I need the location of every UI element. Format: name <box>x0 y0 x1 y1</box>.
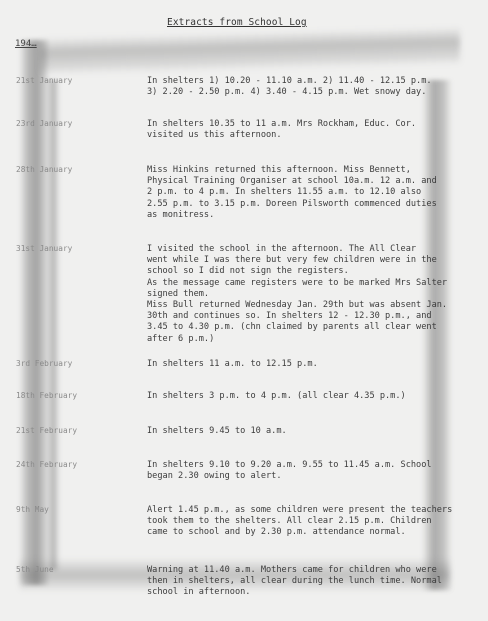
ink-smudge-left-inner <box>46 80 60 570</box>
entry-text: In shelters 9.10 to 9.20 a.m. 9.55 to 11… <box>147 460 485 482</box>
entry-text: Alert 1.45 p.m., as some children were p… <box>147 505 485 539</box>
entry-date: 21st January <box>16 76 72 85</box>
entry-date: 18th February <box>16 391 77 400</box>
entry-text: In shelters 10.35 to 11 a.m. Mrs Rockham… <box>147 119 485 141</box>
entry-text: In shelters 9.45 to 10 a.m. <box>147 426 485 437</box>
entry-date: 24th February <box>16 460 77 469</box>
entry-text: I visited the school in the afternoon. T… <box>147 244 485 345</box>
scanned-document-page: Extracts from School Log 194… 21st Janua… <box>0 0 488 621</box>
entry-date: 9th May <box>16 505 49 514</box>
ink-smudge-top <box>40 27 460 76</box>
entry-date: 28th January <box>16 165 72 174</box>
entry-date: 31st January <box>16 244 72 253</box>
document-title: Extracts from School Log <box>167 17 307 28</box>
log-year: 194… <box>15 39 37 49</box>
entry-text: In shelters 1) 10.20 - 11.10 a.m. 2) 11.… <box>147 76 485 98</box>
entry-text: In shelters 3 p.m. to 4 p.m. (all clear … <box>147 391 485 402</box>
entry-date: 23rd January <box>16 119 72 128</box>
entry-text: Warning at 11.40 a.m. Mothers came for c… <box>147 565 485 599</box>
entry-date: 21st February <box>16 426 77 435</box>
entry-date: 5th June <box>16 565 54 574</box>
entry-text: In shelters 11 a.m. to 12.15 p.m. <box>147 359 485 370</box>
entry-text: Miss Hinkins returned this afternoon. Mi… <box>147 165 485 221</box>
entry-date: 3rd February <box>16 359 72 368</box>
